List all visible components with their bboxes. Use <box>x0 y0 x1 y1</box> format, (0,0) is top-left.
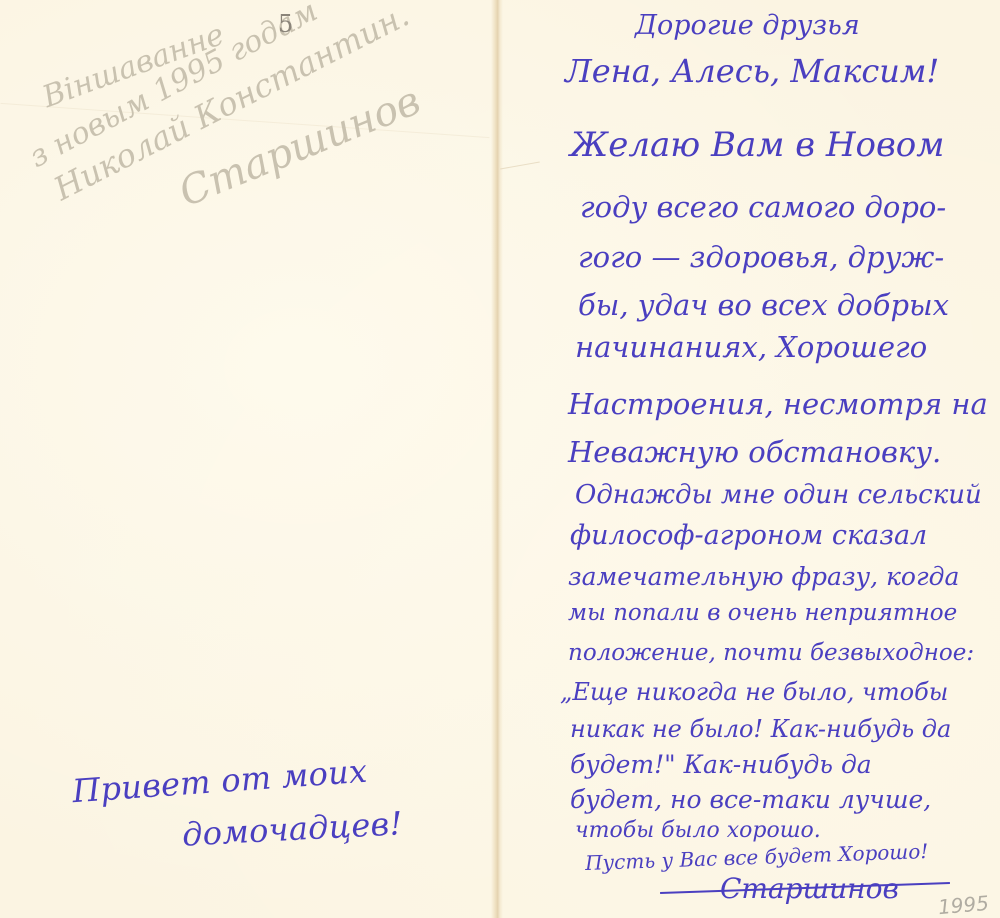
body-line: Неважную обстановку. <box>568 435 941 469</box>
letter-greeting: Дорогие друзья <box>635 10 860 41</box>
pencil-year-overwrite: 5 <box>278 10 293 38</box>
body-line: году всего самого доро- <box>580 190 946 224</box>
letter-addressees: Лена, Алесь, Максим! <box>565 52 939 90</box>
postscript-line-1: Привет от моих <box>71 752 368 811</box>
body-line: мы попали в очень неприятное <box>568 600 957 626</box>
year-mark: 1995 <box>937 891 990 918</box>
right-page: Дорогие друзья Лена, Алесь, Максим! Жела… <box>540 0 1000 918</box>
body-line: будет, но все-таки лучше, <box>570 785 931 814</box>
body-line: гого — здоровья, друж- <box>578 240 944 274</box>
body-line: Настроения, несмотря на <box>568 387 988 421</box>
postscript-line-2: домочадцев! <box>181 804 403 853</box>
body-line: замечательную фразу, когда <box>568 562 959 591</box>
center-fold <box>491 0 503 918</box>
body-line: чтобы было хорошо. <box>575 818 821 843</box>
body-line: начинаниях, Хорошего <box>575 330 927 364</box>
body-line: положение, почти безвыходное: <box>568 640 974 666</box>
body-line: Пусть у Вас все будет Хорошо! <box>585 839 929 875</box>
body-line: философ-агроном сказал <box>570 520 927 551</box>
body-line: Желаю Вам в Новом <box>570 125 944 165</box>
body-line: бы, удач во всех добрых <box>578 288 949 322</box>
body-line: „Еще никогда не было, чтобы <box>560 678 948 706</box>
body-line: будет!" Как-нибудь да <box>570 750 872 779</box>
body-line: Однажды мне один сельский <box>575 480 982 510</box>
body-line: никак не было! Как-нибудь да <box>570 715 951 743</box>
letter-sheet: Віншаванне з новым 1995 годам 5 Николай … <box>0 0 1000 918</box>
paper-crease <box>500 162 540 170</box>
